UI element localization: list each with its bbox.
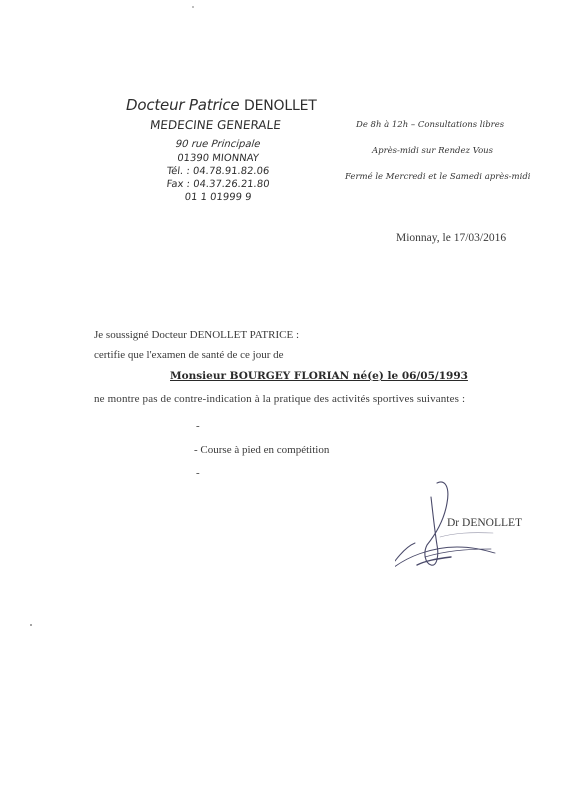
date-line: Mionnay, le 17/03/2016 (396, 232, 506, 244)
address-city: 01390 MIONNAY (147, 153, 288, 164)
activity-item: - (196, 467, 200, 479)
hours-afternoon: Après-midi sur Rendez Vous (372, 146, 493, 156)
activity-item: - (196, 420, 200, 432)
certificate-intro: Je soussigné Docteur DENOLLET PATRICE : (94, 329, 299, 341)
hours-closed: Fermé le Mercredi et le Samedi après-mid… (345, 172, 531, 182)
doctor-surname: DENOLLET (244, 98, 317, 114)
signatory-name: Dr DENOLLET (447, 517, 522, 529)
hours-morning: De 8h à 12h – Consultations libres (356, 120, 504, 130)
practitioner-id: 01 1 01999 9 (147, 192, 288, 203)
address-street: 90 rue Principale (147, 139, 288, 150)
doctor-title: Docteur Patrice (126, 96, 239, 114)
doctor-name-header: Docteur Patrice DENOLLET (126, 96, 317, 114)
scan-speck (30, 624, 32, 626)
certificate-conclusion: ne montre pas de contre-indication à la … (94, 393, 465, 405)
fax-number: Fax : 04.37.26.21.80 (147, 179, 288, 190)
activity-item: - Course à pied en compétition (194, 444, 329, 456)
patient-line: Monsieur BOURGEY FLORIAN né(e) le 06/05/… (170, 370, 468, 382)
phone-number: Tél. : 04.78.91.82.06 (147, 166, 288, 177)
handwritten-signature (395, 475, 545, 605)
certificate-statement: certifie que l'examen de santé de ce jou… (94, 349, 284, 361)
specialty: MEDECINE GENERALE (149, 118, 281, 132)
scan-speck (192, 6, 194, 8)
